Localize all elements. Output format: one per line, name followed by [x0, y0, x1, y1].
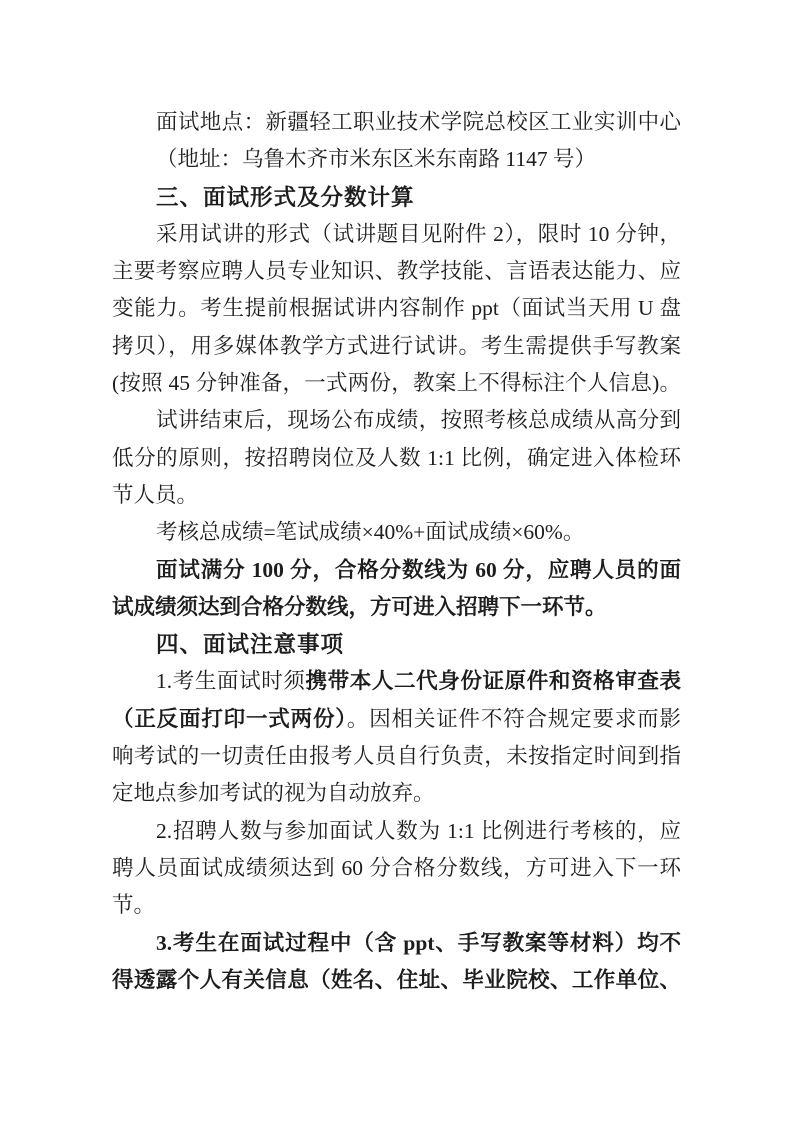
text-segment: 四、面试注意事项: [156, 632, 344, 657]
text-line: 试成绩须达到合格分数线，方可进入招聘下一环节。: [112, 589, 681, 626]
text-segment: 试讲结束后，现场公布成绩，按照考核总成绩从高分到: [156, 408, 681, 432]
section-heading: 四、面试注意事项: [112, 626, 681, 663]
text-segment: 面试地点：新疆轻工职业技术学院总校区工业实训中心: [156, 110, 681, 134]
text-line: 3.考生在面试过程中（含 ppt、手写教案等材料）均不: [112, 925, 681, 962]
text-segment: 主要考察应聘人员专业知识、教学技能、言语表达能力、应: [112, 259, 681, 283]
text-segment: 3.考生在面试过程中（含 ppt、手写教案等材料）均不: [156, 931, 681, 955]
text-segment: 得透露个人有关信息（姓名、住址、毕业院校、工作单位、: [112, 968, 681, 992]
text-line: 定地点参加考试的视为自动放弃。: [112, 775, 681, 812]
text-segment: 三、面试形式及分数计算: [156, 185, 415, 210]
text-line: 2.招聘人数与参加面试人数为 1:1 比例进行考核的，应: [112, 813, 681, 850]
text-line: 得透露个人有关信息（姓名、住址、毕业院校、工作单位、: [112, 962, 681, 999]
text-segment: 拷贝），用多媒体教学方式进行试讲。考生需提供手写教案: [112, 334, 681, 358]
text-line: 拷贝），用多媒体教学方式进行试讲。考生需提供手写教案: [112, 328, 681, 365]
text-segment: 节人员。: [112, 483, 198, 507]
text-segment: 低分的原则，按招聘岗位及人数 1:1 比例，确定进入体检环: [112, 446, 681, 470]
text-line: 低分的原则，按招聘岗位及人数 1:1 比例，确定进入体检环: [112, 440, 681, 477]
text-line: 面试地点：新疆轻工职业技术学院总校区工业实训中心: [112, 104, 681, 141]
text-segment: 响考试的一切责任由报考人员自行负责，未按指定时间到指: [112, 744, 681, 768]
text-segment: (按照 45 分钟准备，一式两份，教案上不得标注个人信息)。: [112, 371, 681, 395]
text-segment: 节。: [112, 893, 155, 917]
text-line: 响考试的一切责任由报考人员自行负责，未按指定时间到指: [112, 738, 681, 775]
text-line: 变能力。考生提前根据试讲内容制作 ppt（面试当天用 U 盘: [112, 290, 681, 327]
text-line: （地址：乌鲁木齐市米东区米东南路 1147 号）: [112, 141, 681, 178]
text-segment: 试成绩须达到合格分数线，方可进入招聘下一环节。: [112, 595, 607, 619]
text-segment: （地址：乌鲁木齐市米东区米东南路 1147 号）: [156, 147, 596, 171]
text-segment: 1.考生面试时须: [156, 669, 306, 693]
text-line: (按照 45 分钟准备，一式两份，教案上不得标注个人信息)。: [112, 365, 681, 402]
text-segment: 定地点参加考试的视为自动放弃。: [112, 781, 435, 805]
text-segment: 携带本人二代身份证原件和资格审查表: [306, 669, 681, 693]
text-segment: 采用试讲的形式（试讲题目见附件 2），限时 10 分钟，: [156, 222, 681, 246]
text-segment: 2.招聘人数与参加面试人数为 1:1 比例进行考核的，应: [156, 819, 681, 843]
text-line: 聘人员面试成绩须达到 60 分合格分数线，方可进入下一环: [112, 850, 681, 887]
text-line: 试讲结束后，现场公布成绩，按照考核总成绩从高分到: [112, 402, 681, 439]
text-line: 节。: [112, 887, 681, 924]
document-body: 面试地点：新疆轻工职业技术学院总校区工业实训中心（地址：乌鲁木齐市米东区米东南路…: [112, 104, 681, 999]
text-line: 主要考察应聘人员专业知识、教学技能、言语表达能力、应: [112, 253, 681, 290]
text-segment: 变能力。考生提前根据试讲内容制作 ppt（面试当天用 U 盘: [112, 296, 681, 320]
document-page: 面试地点：新疆轻工职业技术学院总校区工业实训中心（地址：乌鲁木齐市米东区米东南路…: [0, 0, 793, 1122]
text-segment: （正反面打印一式两份）: [112, 707, 347, 731]
text-line: 节人员。: [112, 477, 681, 514]
text-segment: 面试满分 100 分，合格分数线为 60 分，应聘人员的面: [156, 558, 681, 582]
text-line: 采用试讲的形式（试讲题目见附件 2），限时 10 分钟，: [112, 216, 681, 253]
text-segment: 考核总成绩=笔试成绩×40%+面试成绩×60%。: [156, 520, 584, 544]
text-line: 1.考生面试时须携带本人二代身份证原件和资格审查表: [112, 663, 681, 700]
text-line: 面试满分 100 分，合格分数线为 60 分，应聘人员的面: [112, 552, 681, 589]
text-line: （正反面打印一式两份）。因相关证件不符合规定要求而影: [112, 701, 681, 738]
section-heading: 三、面试形式及分数计算: [112, 179, 681, 216]
text-segment: 聘人员面试成绩须达到 60 分合格分数线，方可进入下一环: [112, 856, 681, 880]
text-segment: 。因相关证件不符合规定要求而影: [347, 707, 681, 731]
text-line: 考核总成绩=笔试成绩×40%+面试成绩×60%。: [112, 514, 681, 551]
